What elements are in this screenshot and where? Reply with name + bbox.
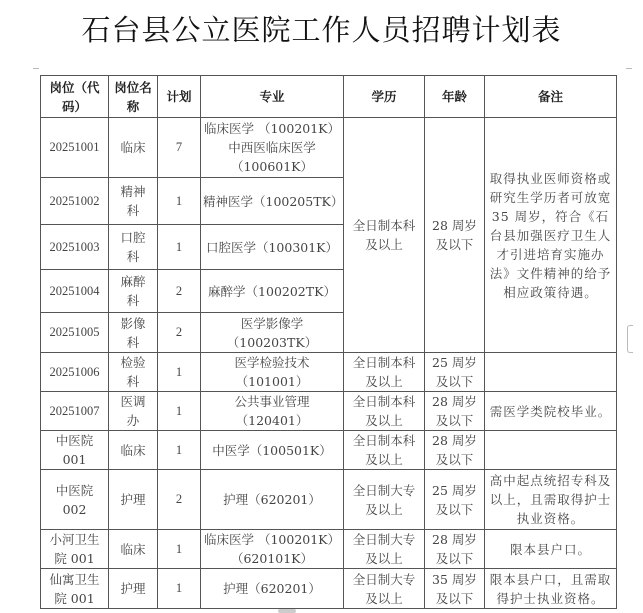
cell-plan: 1 [158, 392, 201, 431]
header-note: 备注 [485, 76, 617, 118]
header-post-code: 岗位（代码） [41, 76, 109, 118]
table-row: 20251001 临床 7 临床医学 （100201K） 中西医临床医学 （10… [41, 118, 617, 178]
cell-age: 25 周岁 及以下 [425, 353, 485, 392]
cell-age: 25 周岁 及以下 [425, 470, 485, 530]
table-row: 中医院 001 临床 1 中医学（100501K） 全日制本科 及以上 28 周… [41, 431, 617, 470]
cell-plan: 1 [158, 569, 201, 609]
header-post-name: 岗位名称 [109, 76, 158, 118]
cell-age: 28 周岁 及以下 [425, 530, 485, 569]
cell-plan: 1 [158, 178, 201, 225]
table-row: 小河卫生 院 001 临床 1 临床医学 （100201K） （620101K）… [41, 530, 617, 569]
cell-code: 小河卫生 院 001 [41, 530, 109, 569]
cell-major: 公共事业管理（120401） [201, 392, 344, 431]
cell-code: 仙寓卫生 院 001 [41, 569, 109, 609]
scroll-handle-right[interactable] [627, 325, 633, 353]
cell-education: 全日制本科 及以上 [344, 431, 425, 470]
cell-major: 医学检验技术（101001） [201, 353, 344, 392]
cell-plan: 1 [158, 431, 201, 470]
cell-plan: 2 [158, 470, 201, 530]
cell-education: 全日制大专 及以上 [344, 530, 425, 569]
page-edge-mark-left [33, 68, 39, 69]
cell-code: 20251003 [41, 225, 109, 270]
cell-code: 20251001 [41, 118, 109, 178]
header-age: 年龄 [425, 76, 485, 118]
cell-note: 需医学类院校毕业。 [485, 392, 617, 431]
cell-age: 28 周岁 及以下 [425, 431, 485, 470]
cell-name: 护理 [109, 569, 158, 609]
cell-note [485, 431, 617, 470]
header-major: 专业 [201, 76, 344, 118]
cell-age-merged: 28 周岁 及以下 [425, 118, 485, 353]
cell-code: 20251007 [41, 392, 109, 431]
cell-major: 医学影像学 （100203TK） [201, 313, 344, 353]
cell-name: 麻醉 科 [109, 270, 158, 313]
page-edge-mark-right [626, 68, 632, 69]
cell-major: 中医学（100501K） [201, 431, 344, 470]
cell-name: 护理 [109, 470, 158, 530]
cell-note: 高中起点统招专科及以上，且需取得护士执业资格。 [485, 470, 617, 530]
cell-major: 精神医学（100205TK） [201, 178, 344, 225]
cell-name: 精神 科 [109, 178, 158, 225]
cell-code: 20251002 [41, 178, 109, 225]
cell-education-merged: 全日制本科 及以上 [344, 118, 425, 353]
cell-name: 影像 科 [109, 313, 158, 353]
cell-education: 全日制本科 及以上 [344, 353, 425, 392]
cell-education: 全日制本科 及以上 [344, 392, 425, 431]
header-education: 学历 [344, 76, 425, 118]
document-title: 石台县公立医院工作人员招聘计划表 [0, 8, 643, 49]
cell-plan: 7 [158, 118, 201, 178]
table-row: 20251006 检验 科 1 医学检验技术（101001） 全日制本科 及以上… [41, 353, 617, 392]
table-row: 20251007 医调 办 1 公共事业管理（120401） 全日制本科 及以上… [41, 392, 617, 431]
recruitment-plan-table: 岗位（代码） 岗位名称 计划 专业 学历 年龄 备注 20251001 临床 7… [40, 75, 617, 609]
cell-code: 中医院 002 [41, 470, 109, 530]
cell-name: 临床 [109, 431, 158, 470]
cell-code: 20251005 [41, 313, 109, 353]
cell-major: 护理（620201） [201, 470, 344, 530]
cell-plan: 2 [158, 270, 201, 313]
cell-code: 20251006 [41, 353, 109, 392]
table-header-row: 岗位（代码） 岗位名称 计划 专业 学历 年龄 备注 [41, 76, 617, 118]
header-plan: 计划 [158, 76, 201, 118]
cell-note-merged: 取得执业医师资格或研究生学历者可放宽35 周岁，符合《石台县加强医疗卫生人才引进… [485, 118, 617, 353]
cell-code: 中医院 001 [41, 431, 109, 470]
cell-code: 20251004 [41, 270, 109, 313]
cell-major: 麻醉学（100202TK） [201, 270, 344, 313]
cell-education: 全日制大专 及以上 [344, 569, 425, 609]
cell-name: 口腔 科 [109, 225, 158, 270]
cell-major: 口腔医学（100301K） [201, 225, 344, 270]
cell-major: 临床医学 （100201K） （620101K） [201, 530, 344, 569]
cell-name: 临床 [109, 530, 158, 569]
cell-plan: 2 [158, 313, 201, 353]
table-row: 仙寓卫生 院 001 护理 1 护理（620201） 全日制大专 及以上 35 … [41, 569, 617, 609]
cell-major: 护理（620201） [201, 569, 344, 609]
cell-note: 限本县户口。 [485, 530, 617, 569]
cell-major: 临床医学 （100201K） 中西医临床医学 （100601K） [201, 118, 344, 178]
scroll-handle-bottom[interactable] [278, 609, 296, 613]
cell-note: 限本县户口，且需取得护士执业资格。 [485, 569, 617, 609]
cell-plan: 1 [158, 530, 201, 569]
cell-name: 临床 [109, 118, 158, 178]
cell-age: 28 周岁 及以下 [425, 392, 485, 431]
cell-education: 全日制大专 及以上 [344, 470, 425, 530]
cell-plan: 1 [158, 225, 201, 270]
cell-age: 35 周岁 及以下 [425, 569, 485, 609]
cell-name: 检验 科 [109, 353, 158, 392]
table-row: 中医院 002 护理 2 护理（620201） 全日制大专 及以上 25 周岁 … [41, 470, 617, 530]
cell-plan: 1 [158, 353, 201, 392]
cell-name: 医调 办 [109, 392, 158, 431]
cell-note [485, 353, 617, 392]
